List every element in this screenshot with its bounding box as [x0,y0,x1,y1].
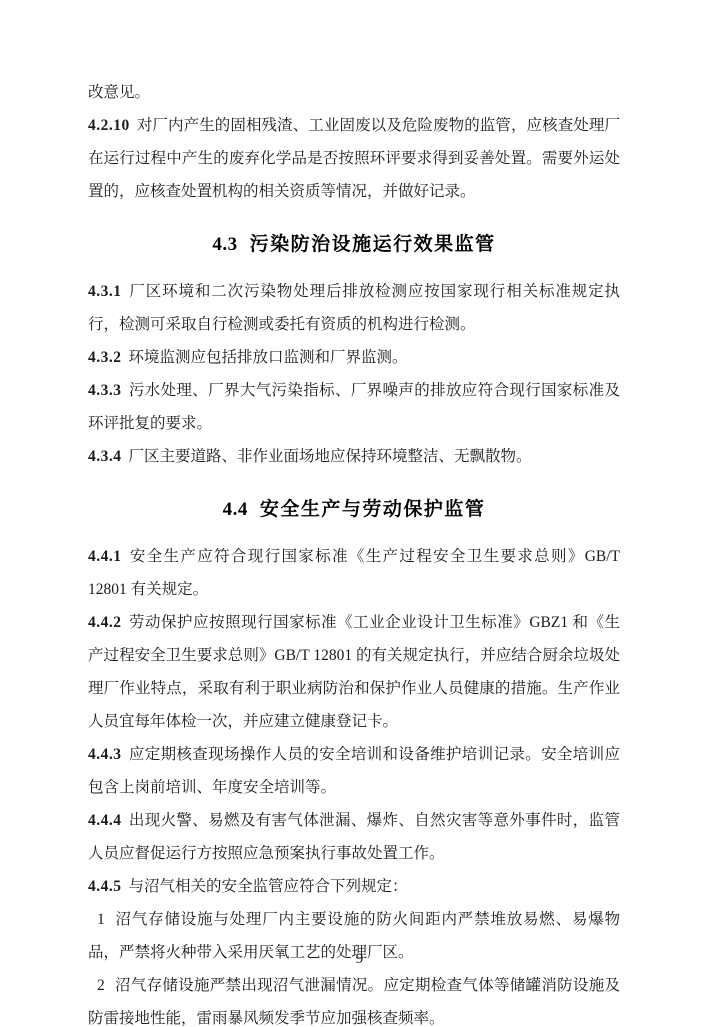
clause-number: 4.3.3 [88,382,122,399]
document-page: 改意见。 4.2.10对厂内产生的固相残渣、工业固废以及危险废物的监管，应核查处… [0,0,719,1027]
clause-text: 应定期核查现场操作人员的安全培训和设备维护培训记录。安全培训应包含上岗前培训、年… [88,746,620,796]
subitem-text: 沼气存储设施严禁出现沼气泄漏情况。应定期检查气体等储罐消防设施及防雷接地性能，雷… [88,977,620,1027]
clause-4-4-1: 4.4.1安全生产应符合现行国家标准《生产过程安全卫生要求总则》GB/T 128… [88,540,620,606]
page-number: 9 [0,951,719,968]
clause-number: 4.3.4 [88,448,122,465]
clause-text: 对厂内产生的固相残渣、工业固废以及危险废物的监管，应核查处理厂在运行过程中产生的… [88,117,620,200]
section-title: 安全生产与劳动保护监管 [260,499,486,520]
clause-number: 4.4.2 [88,614,122,631]
clause-text: 与沼气相关的安全监管应符合下列规定： [129,878,408,895]
continuation-paragraph: 改意见。 [88,76,620,109]
clause-number: 4.2.10 [88,117,130,134]
section-heading-4-3: 4.3污染防治设施运行效果监管 [88,231,620,258]
clause-4-2-10: 4.2.10对厂内产生的固相残渣、工业固废以及危险废物的监管，应核查处理厂在运行… [88,109,620,208]
section-number: 4.4 [223,499,248,520]
clause-number: 4.3.2 [88,349,122,366]
clause-text: 劳动保护应按照现行国家标准《工业企业设计卫生标准》GBZ1 和《生产过程安全卫生… [88,614,620,730]
continuation-text: 改意见。 [88,84,150,101]
section-title: 污染防治设施运行效果监管 [250,234,496,255]
clause-text: 厂区环境和二次污染物处理后排放检测应按国家现行相关标准规定执行，检测可采取自行检… [88,283,620,333]
subitem-2: 2沼气存储设施严禁出现沼气泄漏情况。应定期检查气体等储罐消防设施及防雷接地性能，… [88,969,620,1027]
clause-4-3-2: 4.3.2环境监测应包括排放口监测和厂界监测。 [88,341,620,374]
clause-4-3-3: 4.3.3污水处理、厂界大气污染指标、厂界噪声的排放应符合现行国家标准及环评批复… [88,374,620,440]
subitem-number: 2 [97,977,105,994]
clause-4-4-3: 4.4.3应定期核查现场操作人员的安全培训和设备维护培训记录。安全培训应包含上岗… [88,738,620,804]
clause-4-3-1: 4.3.1厂区环境和二次污染物处理后排放检测应按国家现行相关标准规定执行，检测可… [88,275,620,341]
section-number: 4.3 [212,234,237,255]
clause-text: 环境监测应包括排放口监测和厂界监测。 [129,349,408,366]
clause-text: 出现火警、易燃及有害气体泄漏、爆炸、自然灾害等意外事件时，监管人员应督促运行方按… [88,812,620,862]
clause-text: 厂区主要道路、非作业面场地应保持环境整洁、无飘散物。 [129,448,532,465]
subitem-number: 1 [97,911,105,928]
clause-text: 污水处理、厂界大气污染指标、厂界噪声的排放应符合现行国家标准及环评批复的要求。 [88,382,620,432]
clause-number: 4.3.1 [88,283,122,300]
clause-4-4-4: 4.4.4出现火警、易燃及有害气体泄漏、爆炸、自然灾害等意外事件时，监管人员应督… [88,804,620,870]
clause-4-4-5: 4.4.5与沼气相关的安全监管应符合下列规定： [88,870,620,903]
clause-number: 4.4.4 [88,812,122,829]
clause-4-3-4: 4.3.4厂区主要道路、非作业面场地应保持环境整洁、无飘散物。 [88,440,620,473]
clause-number: 4.4.5 [88,878,122,895]
clause-number: 4.4.1 [88,548,122,565]
page-content: 改意见。 4.2.10对厂内产生的固相残渣、工业固废以及危险废物的监管，应核查处… [0,0,719,1027]
section-heading-4-4: 4.4安全生产与劳动保护监管 [88,496,620,523]
clause-text: 安全生产应符合现行国家标准《生产过程安全卫生要求总则》GB/T 12801 有关… [88,548,620,598]
clause-number: 4.4.3 [88,746,122,763]
clause-4-4-2: 4.4.2劳动保护应按照现行国家标准《工业企业设计卫生标准》GBZ1 和《生产过… [88,606,620,738]
